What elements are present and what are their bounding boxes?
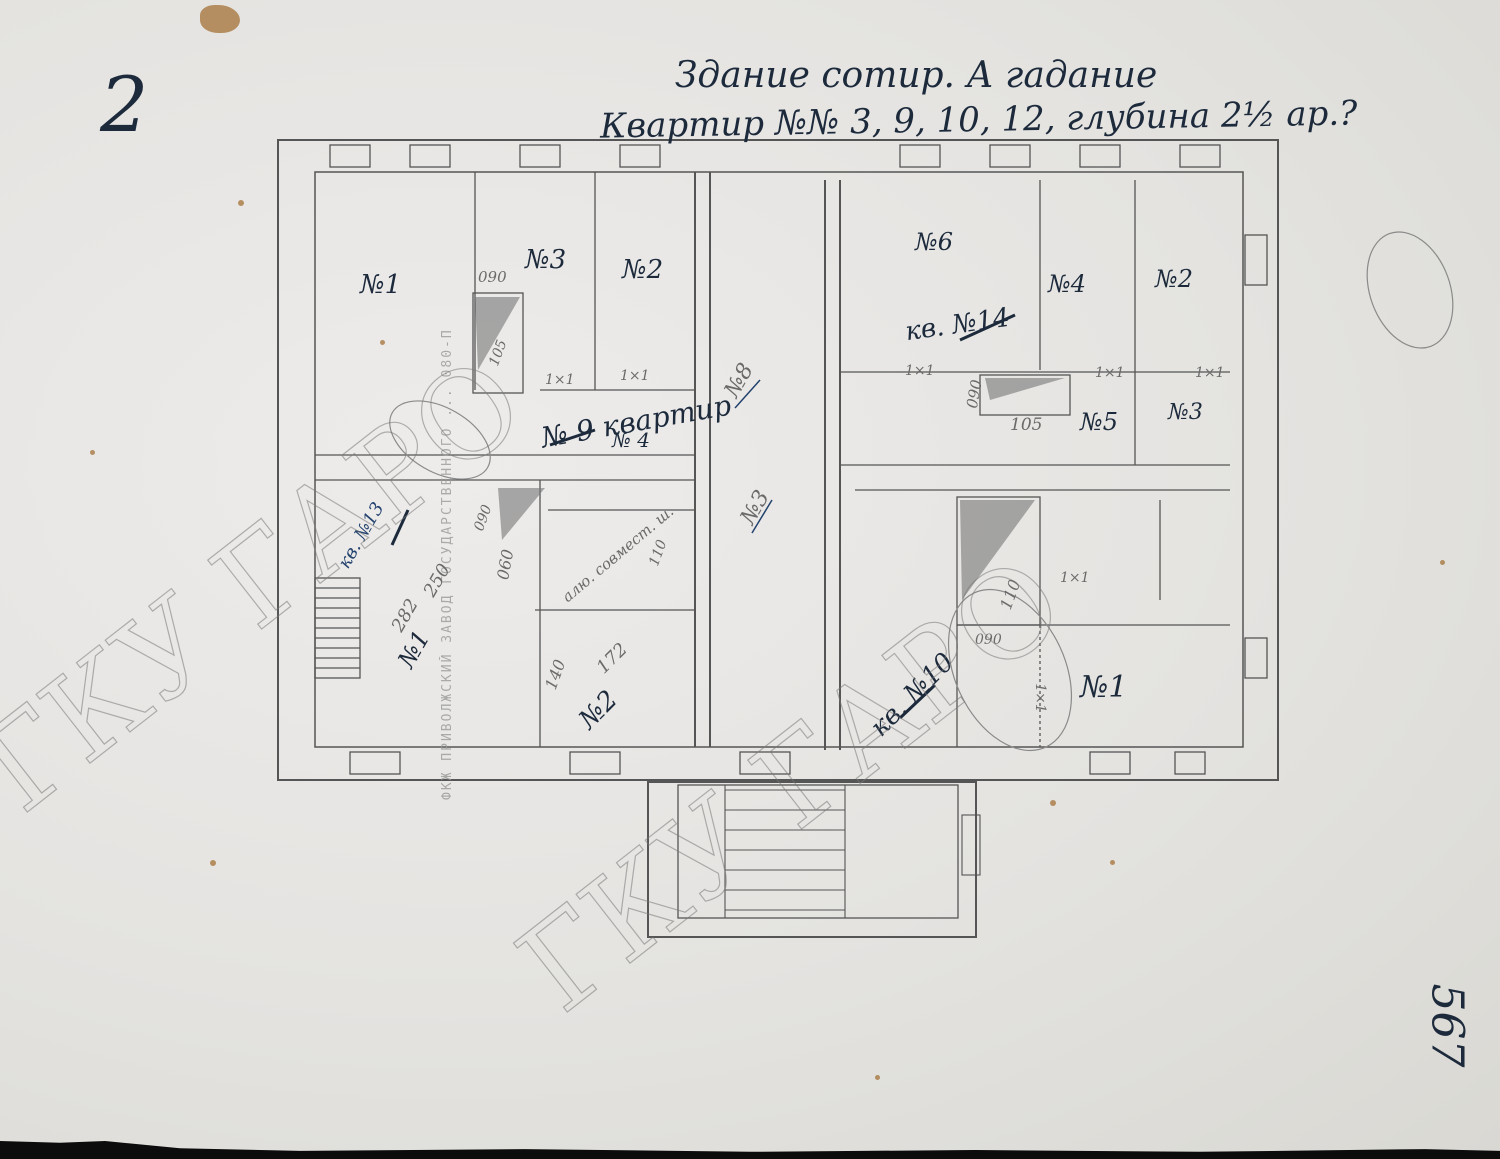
room-label: №6 [915, 228, 953, 256]
dimension: 1×1 [1060, 570, 1090, 586]
dimension: 1×1 [1195, 365, 1225, 381]
room-label: №1 [1080, 670, 1127, 705]
room-label: №4 [1048, 270, 1086, 298]
dimension: 090 [478, 268, 507, 286]
dimension: 1×1 [1095, 365, 1125, 381]
header-line-1: Здание сотир. А гадание [675, 55, 1157, 96]
page-marker: 2 [100, 60, 148, 149]
dimension: 1×1 [905, 363, 935, 379]
room-label: №3 [1168, 400, 1203, 425]
room-label: №2 [622, 255, 663, 285]
dimension: 1×1 [620, 368, 650, 384]
dimension: 105 [1010, 415, 1042, 435]
page-number: 567 [1421, 984, 1472, 1068]
room-label: №3 [525, 245, 566, 275]
dimension: 1×1 [1032, 683, 1048, 713]
scanned-document: Здание сотир. А гадание Квартир №№ 3, 9,… [0, 0, 1500, 1159]
room-label: № 4 [612, 428, 650, 452]
dimension: 1×1 [545, 372, 575, 388]
room-label: №2 [1155, 265, 1193, 293]
room-label: №1 [360, 270, 401, 300]
room-label: №5 [1080, 408, 1118, 436]
